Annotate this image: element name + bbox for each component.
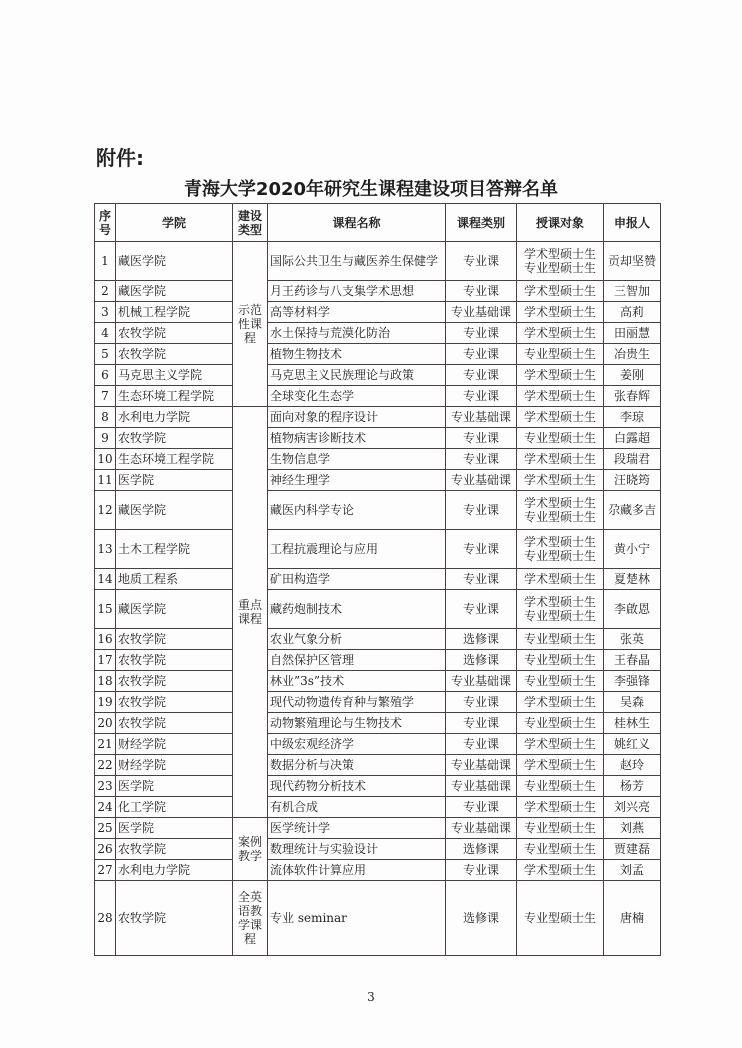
college-cell: 藏医学院 — [116, 590, 233, 629]
audience-value: 专业型硕士生 — [519, 549, 601, 563]
course-name-cell: 数理统计与实验设计 — [268, 839, 446, 860]
table-row: 9农牧学院植物病害诊断技术专业课专业型硕士生白露超 — [95, 428, 661, 449]
table-row: 3机械工程学院高等材料学专业基础课学术型硕士生高莉 — [95, 302, 661, 323]
audience-cell: 学术型硕士生 — [517, 302, 604, 323]
table-row: 10生态环境工程学院生物信息学专业课学术型硕士生段瑞君 — [95, 449, 661, 470]
row-number: 21 — [95, 734, 116, 755]
course-category-cell: 专业课 — [446, 344, 517, 365]
attachment-label: 附件: — [96, 142, 144, 171]
audience-value: 学术型硕士生 — [519, 496, 601, 510]
row-number: 16 — [95, 629, 116, 650]
course-name-cell: 专业 seminar — [268, 881, 446, 956]
audience-value: 专业型硕士生 — [519, 431, 601, 445]
table-row: 21财经学院中级宏观经济学专业课学术型硕士生姚红义 — [95, 734, 661, 755]
audience-cell: 学术型硕士生专业型硕士生 — [517, 590, 604, 629]
audience-value: 专业型硕士生 — [519, 821, 601, 835]
audience-cell: 学术型硕士生 — [517, 281, 604, 302]
audience-cell: 学术型硕士生 — [517, 797, 604, 818]
course-category-cell: 专业课 — [446, 692, 517, 713]
table-row: 13土木工程学院工程抗震理论与应用专业课学术型硕士生专业型硕士生黄小宁 — [95, 530, 661, 569]
audience-cell: 专业型硕士生 — [517, 818, 604, 839]
college-cell: 农牧学院 — [116, 692, 233, 713]
applicant-cell: 刘燕 — [604, 818, 661, 839]
course-name-cell: 矿田构造学 — [268, 569, 446, 590]
college-cell: 藏医学院 — [116, 242, 233, 281]
college-cell: 马克思主义学院 — [116, 365, 233, 386]
course-category-cell: 专业课 — [446, 242, 517, 281]
audience-value: 学术型硕士生 — [519, 595, 601, 609]
course-name-cell: 藏医内科学专论 — [268, 491, 446, 530]
college-cell: 生态环境工程学院 — [116, 386, 233, 407]
audience-cell: 学术型硕士生专业型硕士生 — [517, 242, 604, 281]
course-category-cell: 专业课 — [446, 365, 517, 386]
applicant-cell: 尕藏多吉 — [604, 491, 661, 530]
college-cell: 农牧学院 — [116, 629, 233, 650]
applicant-cell: 桂林生 — [604, 713, 661, 734]
applicant-cell: 白露超 — [604, 428, 661, 449]
course-category-cell: 专业课 — [446, 734, 517, 755]
college-cell: 水利电力学院 — [116, 407, 233, 428]
applicant-cell: 吴森 — [604, 692, 661, 713]
row-number: 12 — [95, 491, 116, 530]
college-cell: 藏医学院 — [116, 491, 233, 530]
audience-cell: 学术型硕士生 — [517, 470, 604, 491]
course-name-cell: 动物繁殖理论与生物技术 — [268, 713, 446, 734]
course-name-cell: 现代药物分析技术 — [268, 776, 446, 797]
table-row: 28农牧学院全英语教学课程专业 seminar选修课专业型硕士生唐楠 — [95, 881, 661, 956]
applicant-cell: 唐楠 — [604, 881, 661, 956]
course-name-cell: 生物信息学 — [268, 449, 446, 470]
course-name-cell: 林业”3s”技术 — [268, 671, 446, 692]
college-cell: 农牧学院 — [116, 323, 233, 344]
table-row: 11医学院神经生理学专业基础课学术型硕士生汪晓筠 — [95, 470, 661, 491]
table-row: 27水利电力学院流体软件计算应用专业课学术型硕士生刘孟 — [95, 860, 661, 881]
row-number: 6 — [95, 365, 116, 386]
course-name-cell: 农业气象分析 — [268, 629, 446, 650]
applicant-cell: 杨芳 — [604, 776, 661, 797]
table-row: 25医学院案例教学医学统计学专业基础课专业型硕士生刘燕 — [95, 818, 661, 839]
course-category-cell: 专业课 — [446, 386, 517, 407]
build-type-cell: 案例教学 — [233, 818, 268, 881]
table-row: 19农牧学院现代动物遗传育种与繁殖学专业课学术型硕士生吴森 — [95, 692, 661, 713]
table-row: 1藏医学院示范性课程国际公共卫生与藏医养生保健学专业课学术型硕士生专业型硕士生贡… — [95, 242, 661, 281]
audience-value: 学术型硕士生 — [519, 284, 601, 298]
course-name-cell: 月王药诊与八支集学术思想 — [268, 281, 446, 302]
applicant-cell: 汪晓筠 — [604, 470, 661, 491]
table-row: 14地质工程系矿田构造学专业课学术型硕士生夏楚林 — [95, 569, 661, 590]
build-type-cell: 全英语教学课程 — [233, 881, 268, 956]
audience-value: 学术型硕士生 — [519, 247, 601, 261]
course-category-cell: 专业基础课 — [446, 407, 517, 428]
course-name-cell: 植物病害诊断技术 — [268, 428, 446, 449]
applicant-cell: 黄小宁 — [604, 530, 661, 569]
audience-cell: 专业型硕士生 — [517, 713, 604, 734]
header-build-type: 建设类型 — [233, 204, 268, 242]
audience-cell: 学术型硕士生 — [517, 692, 604, 713]
row-number: 28 — [95, 881, 116, 956]
row-number: 2 — [95, 281, 116, 302]
course-name-cell: 医学统计学 — [268, 818, 446, 839]
audience-cell: 专业型硕士生 — [517, 839, 604, 860]
course-category-cell: 选修课 — [446, 839, 517, 860]
header-applicant: 申报人 — [604, 204, 661, 242]
row-number: 11 — [95, 470, 116, 491]
course-category-cell: 专业课 — [446, 530, 517, 569]
row-number: 20 — [95, 713, 116, 734]
course-category-cell: 选修课 — [446, 629, 517, 650]
row-number: 3 — [95, 302, 116, 323]
applicant-cell: 贡却坚赞 — [604, 242, 661, 281]
course-category-cell: 专业课 — [446, 449, 517, 470]
row-number: 10 — [95, 449, 116, 470]
row-number: 13 — [95, 530, 116, 569]
course-name-cell: 有机合成 — [268, 797, 446, 818]
table-row: 4农牧学院水土保持与荒漠化防治专业课学术型硕士生田丽慧 — [95, 323, 661, 344]
course-category-cell: 专业课 — [446, 428, 517, 449]
applicant-cell: 张英 — [604, 629, 661, 650]
audience-cell: 学术型硕士生 — [517, 365, 604, 386]
row-number: 7 — [95, 386, 116, 407]
course-category-cell: 专业课 — [446, 860, 517, 881]
course-name-cell: 数据分析与决策 — [268, 755, 446, 776]
audience-cell: 学术型硕士生 — [517, 755, 604, 776]
applicant-cell: 李啟恩 — [604, 590, 661, 629]
header-course-category: 课程类别 — [446, 204, 517, 242]
header-no: 序号 — [95, 204, 116, 242]
applicant-cell: 段瑞君 — [604, 449, 661, 470]
applicant-cell: 贾建磊 — [604, 839, 661, 860]
audience-cell: 学术型硕士生 — [517, 323, 604, 344]
audience-value: 学术型硕士生 — [519, 326, 601, 340]
audience-cell: 学术型硕士生 — [517, 386, 604, 407]
college-cell: 机械工程学院 — [116, 302, 233, 323]
college-cell: 化工学院 — [116, 797, 233, 818]
audience-value: 专业型硕士生 — [519, 632, 601, 646]
audience-cell: 学术型硕士生 — [517, 449, 604, 470]
document-title: 青海大学2020年研究生课程建设项目答辩名单 — [0, 175, 742, 201]
applicant-cell: 刘兴亮 — [604, 797, 661, 818]
college-cell: 农牧学院 — [116, 671, 233, 692]
row-number: 15 — [95, 590, 116, 629]
course-name-cell: 神经生理学 — [268, 470, 446, 491]
course-category-cell: 专业基础课 — [446, 671, 517, 692]
table-row: 17农牧学院自然保护区管理选修课专业型硕士生王春晶 — [95, 650, 661, 671]
row-number: 5 — [95, 344, 116, 365]
course-category-cell: 专业基础课 — [446, 755, 517, 776]
row-number: 1 — [95, 242, 116, 281]
table-row: 5农牧学院植物生物技术专业课专业型硕士生冶贵生 — [95, 344, 661, 365]
course-name-cell: 工程抗震理论与应用 — [268, 530, 446, 569]
audience-value: 专业型硕士生 — [519, 347, 601, 361]
audience-value: 学术型硕士生 — [519, 305, 601, 319]
audience-cell: 专业型硕士生 — [517, 629, 604, 650]
table-row: 18农牧学院林业”3s”技术专业基础课专业型硕士生李强锋 — [95, 671, 661, 692]
audience-value: 学术型硕士生 — [519, 695, 601, 709]
audience-value: 学术型硕士生 — [519, 535, 601, 549]
course-name-cell: 面向对象的程序设计 — [268, 407, 446, 428]
college-cell: 生态环境工程学院 — [116, 449, 233, 470]
applicant-cell: 刘孟 — [604, 860, 661, 881]
defense-list-table: 序号 学院 建设类型 课程名称 课程类别 授课对象 申报人 1藏医学院示范性课程… — [94, 203, 661, 956]
course-category-cell: 专业基础课 — [446, 302, 517, 323]
course-name-cell: 全球变化生态学 — [268, 386, 446, 407]
audience-cell: 学术型硕士生专业型硕士生 — [517, 491, 604, 530]
build-type-cell: 重点课程 — [233, 407, 268, 818]
audience-value: 学术型硕士生 — [519, 800, 601, 814]
table-row: 15藏医学院藏药炮制技术专业课学术型硕士生专业型硕士生李啟恩 — [95, 590, 661, 629]
applicant-cell: 姚红义 — [604, 734, 661, 755]
table-header-row: 序号 学院 建设类型 课程名称 课程类别 授课对象 申报人 — [95, 204, 661, 242]
college-cell: 医学院 — [116, 470, 233, 491]
course-category-cell: 专业课 — [446, 713, 517, 734]
row-number: 4 — [95, 323, 116, 344]
course-category-cell: 专业基础课 — [446, 776, 517, 797]
table-row: 24化工学院有机合成专业课学术型硕士生刘兴亮 — [95, 797, 661, 818]
course-name-cell: 流体软件计算应用 — [268, 860, 446, 881]
build-type-cell: 示范性课程 — [233, 242, 268, 407]
row-number: 18 — [95, 671, 116, 692]
applicant-cell: 夏楚林 — [604, 569, 661, 590]
table-row: 26农牧学院数理统计与实验设计选修课专业型硕士生贾建磊 — [95, 839, 661, 860]
audience-cell: 学术型硕士生专业型硕士生 — [517, 530, 604, 569]
audience-value: 专业型硕士生 — [519, 779, 601, 793]
course-category-cell: 专业课 — [446, 590, 517, 629]
row-number: 24 — [95, 797, 116, 818]
audience-value: 学术型硕士生 — [519, 473, 601, 487]
course-name-cell: 现代动物遗传育种与繁殖学 — [268, 692, 446, 713]
table-body: 1藏医学院示范性课程国际公共卫生与藏医养生保健学专业课学术型硕士生专业型硕士生贡… — [95, 242, 661, 956]
applicant-cell: 田丽慧 — [604, 323, 661, 344]
course-name-cell: 马克思主义民族理论与政策 — [268, 365, 446, 386]
audience-value: 专业型硕士生 — [519, 510, 601, 524]
course-category-cell: 专业课 — [446, 281, 517, 302]
audience-value: 专业型硕士生 — [519, 609, 601, 623]
header-college: 学院 — [116, 204, 233, 242]
course-category-cell: 专业课 — [446, 323, 517, 344]
audience-cell: 专业型硕士生 — [517, 650, 604, 671]
college-cell: 农牧学院 — [116, 713, 233, 734]
college-cell: 农牧学院 — [116, 881, 233, 956]
college-cell: 医学院 — [116, 818, 233, 839]
table-row: 12藏医学院藏医内科学专论专业课学术型硕士生专业型硕士生尕藏多吉 — [95, 491, 661, 530]
course-category-cell: 专业课 — [446, 491, 517, 530]
college-cell: 农牧学院 — [116, 839, 233, 860]
audience-value: 学术型硕士生 — [519, 389, 601, 403]
audience-value: 专业型硕士生 — [519, 716, 601, 730]
header-audience: 授课对象 — [517, 204, 604, 242]
course-category-cell: 专业基础课 — [446, 818, 517, 839]
course-name-cell: 国际公共卫生与藏医养生保健学 — [268, 242, 446, 281]
college-cell: 农牧学院 — [116, 650, 233, 671]
row-number: 17 — [95, 650, 116, 671]
audience-cell: 专业型硕士生 — [517, 881, 604, 956]
audience-value: 专业型硕士生 — [519, 261, 601, 275]
row-number: 25 — [95, 818, 116, 839]
audience-cell: 专业型硕士生 — [517, 428, 604, 449]
applicant-cell: 赵玲 — [604, 755, 661, 776]
college-cell: 土木工程学院 — [116, 530, 233, 569]
row-number: 9 — [95, 428, 116, 449]
applicant-cell: 王春晶 — [604, 650, 661, 671]
table-row: 8水利电力学院重点课程面向对象的程序设计专业基础课学术型硕士生李琼 — [95, 407, 661, 428]
audience-value: 学术型硕士生 — [519, 410, 601, 424]
course-category-cell: 选修课 — [446, 650, 517, 671]
audience-value: 专业型硕士生 — [519, 911, 601, 925]
row-number: 19 — [95, 692, 116, 713]
course-name-cell: 中级宏观经济学 — [268, 734, 446, 755]
college-cell: 农牧学院 — [116, 344, 233, 365]
course-category-cell: 专业课 — [446, 797, 517, 818]
audience-value: 学术型硕士生 — [519, 737, 601, 751]
audience-cell: 学术型硕士生 — [517, 734, 604, 755]
audience-value: 学术型硕士生 — [519, 452, 601, 466]
row-number: 14 — [95, 569, 116, 590]
applicant-cell: 冶贵生 — [604, 344, 661, 365]
audience-value: 学术型硕士生 — [519, 368, 601, 382]
row-number: 26 — [95, 839, 116, 860]
audience-value: 学术型硕士生 — [519, 758, 601, 772]
row-number: 22 — [95, 755, 116, 776]
applicant-cell: 李强锋 — [604, 671, 661, 692]
table-row: 16农牧学院农业气象分析选修课专业型硕士生张英 — [95, 629, 661, 650]
table-row: 6马克思主义学院马克思主义民族理论与政策专业课学术型硕士生姜刚 — [95, 365, 661, 386]
audience-value: 专业型硕士生 — [519, 653, 601, 667]
row-number: 8 — [95, 407, 116, 428]
course-category-cell: 专业基础课 — [446, 470, 517, 491]
audience-cell: 专业型硕士生 — [517, 776, 604, 797]
college-cell: 水利电力学院 — [116, 860, 233, 881]
table-row: 7生态环境工程学院全球变化生态学专业课学术型硕士生张春辉 — [95, 386, 661, 407]
course-name-cell: 高等材料学 — [268, 302, 446, 323]
audience-cell: 学术型硕士生 — [517, 860, 604, 881]
applicant-cell: 三智加 — [604, 281, 661, 302]
college-cell: 财经学院 — [116, 755, 233, 776]
audience-cell: 学术型硕士生 — [517, 407, 604, 428]
college-cell: 财经学院 — [116, 734, 233, 755]
college-cell: 农牧学院 — [116, 428, 233, 449]
header-course-name: 课程名称 — [268, 204, 446, 242]
row-number: 27 — [95, 860, 116, 881]
audience-cell: 专业型硕士生 — [517, 671, 604, 692]
course-name-cell: 自然保护区管理 — [268, 650, 446, 671]
college-cell: 医学院 — [116, 776, 233, 797]
row-number: 23 — [95, 776, 116, 797]
page-number: 3 — [0, 990, 742, 1004]
college-cell: 地质工程系 — [116, 569, 233, 590]
audience-value: 专业型硕士生 — [519, 842, 601, 856]
course-name-cell: 水土保持与荒漠化防治 — [268, 323, 446, 344]
table-row: 20农牧学院动物繁殖理论与生物技术专业课专业型硕士生桂林生 — [95, 713, 661, 734]
course-name-cell: 植物生物技术 — [268, 344, 446, 365]
table-row: 2藏医学院月王药诊与八支集学术思想专业课学术型硕士生三智加 — [95, 281, 661, 302]
course-category-cell: 专业课 — [446, 569, 517, 590]
college-cell: 藏医学院 — [116, 281, 233, 302]
applicant-cell: 张春辉 — [604, 386, 661, 407]
audience-value: 学术型硕士生 — [519, 572, 601, 586]
applicant-cell: 高莉 — [604, 302, 661, 323]
applicant-cell: 李琼 — [604, 407, 661, 428]
audience-value: 学术型硕士生 — [519, 863, 601, 877]
audience-value: 专业型硕士生 — [519, 674, 601, 688]
audience-cell: 学术型硕士生 — [517, 569, 604, 590]
table-row: 22财经学院数据分析与决策专业基础课学术型硕士生赵玲 — [95, 755, 661, 776]
course-category-cell: 选修课 — [446, 881, 517, 956]
applicant-cell: 姜刚 — [604, 365, 661, 386]
course-name-cell: 藏药炮制技术 — [268, 590, 446, 629]
table-row: 23医学院现代药物分析技术专业基础课专业型硕士生杨芳 — [95, 776, 661, 797]
audience-cell: 专业型硕士生 — [517, 344, 604, 365]
